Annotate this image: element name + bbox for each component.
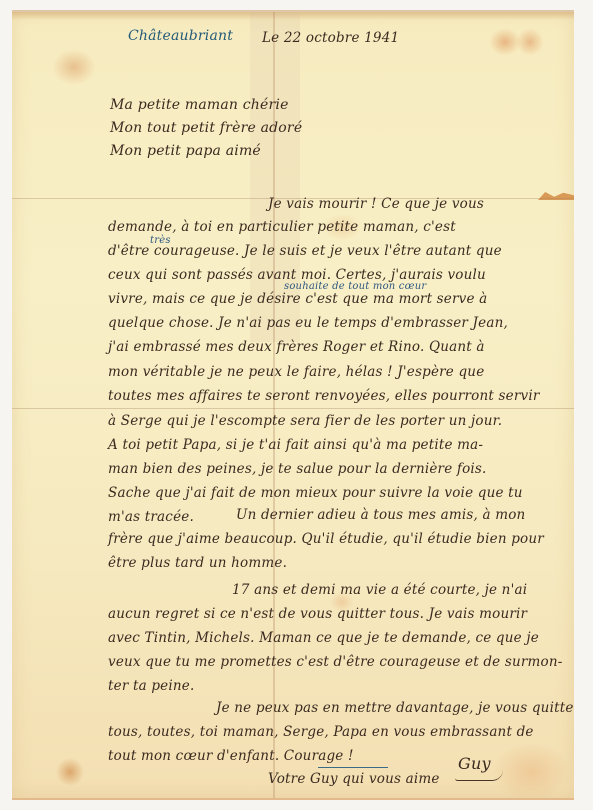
- courage-underline: [318, 767, 388, 768]
- body-line: mon véritable je ne peux le faire, hélas…: [108, 364, 484, 380]
- body-line: 17 ans et demi ma vie a été courte, je n…: [232, 582, 527, 598]
- letter-date: Le 22 octobre 1941: [262, 30, 399, 46]
- body-line: ter ta peine.: [108, 678, 194, 694]
- body-line: à Serge qui je l'escompte sera fier de l…: [108, 413, 502, 429]
- salutation-line: Ma petite maman chérie: [110, 97, 289, 113]
- salutation-line: Mon tout petit frère adoré: [110, 120, 302, 136]
- body-line: tous, toutes, toi maman, Serge, Papa en …: [108, 724, 534, 740]
- body-line: avec Tintin, Michels. Maman ce que je te…: [108, 630, 539, 646]
- body-line: Un dernier adieu à tous mes amis, à mon: [236, 507, 525, 523]
- body-line: m'as tracée.: [108, 509, 194, 525]
- horizontal-fold: [12, 408, 574, 409]
- signature-flourish: [455, 770, 503, 781]
- body-line: d'être courageuse. Je le suis et je veux…: [108, 243, 502, 259]
- body-line: être plus tard un homme.: [108, 555, 287, 571]
- body-line: j'ai embrassé mes deux frères Roger et R…: [108, 339, 485, 355]
- body-line: toutes mes affaires te seront renvoyées,…: [108, 388, 540, 404]
- body-line: vivre, mais ce que je désire c'est que m…: [108, 291, 487, 307]
- body-line: demande, à toi en particulier petite mam…: [108, 219, 456, 235]
- body-line: Je vais mourir ! Ce que je vous: [268, 196, 484, 212]
- letter-place: Châteaubriant: [128, 28, 233, 44]
- body-line: man bien des peines, je te salue pour la…: [108, 461, 487, 477]
- body-line: aucun regret si ce n'est de vous quitter…: [108, 606, 527, 622]
- body-line: Je ne peux pas en mettre davantage, je v…: [216, 700, 574, 716]
- body-line: quelque chose. Je n'ai pas eu le temps d…: [108, 315, 508, 331]
- body-line: Sache que j'ai fait de mon mieux pour su…: [108, 485, 523, 501]
- closing-line: Votre Guy qui vous aime: [268, 771, 440, 787]
- body-line: veux que tu me promettes c'est d'être co…: [108, 654, 563, 670]
- body-line: A toi petit Papa, si je t'ai fait ainsi …: [108, 437, 483, 453]
- salutation-line: Mon petit papa aimé: [110, 143, 261, 159]
- body-line: tout mon cœur d'enfant. Courage !: [108, 748, 354, 764]
- body-line: frère que j'aime beaucoup. Qu'il étudie,…: [108, 531, 544, 547]
